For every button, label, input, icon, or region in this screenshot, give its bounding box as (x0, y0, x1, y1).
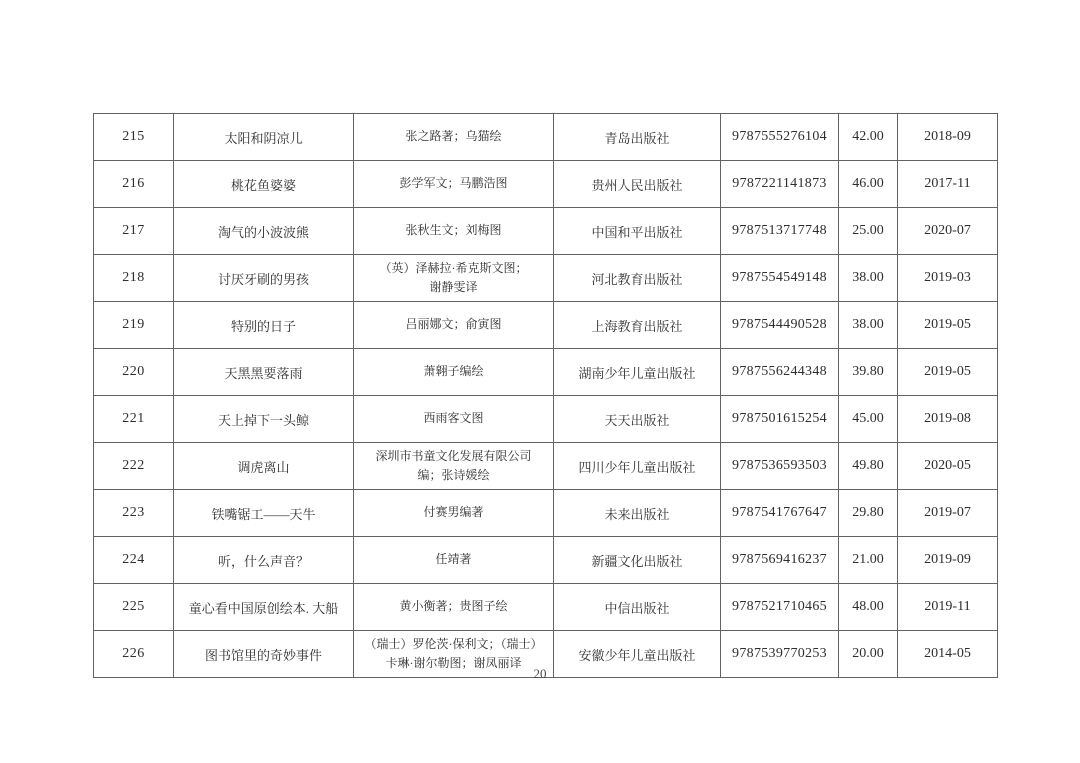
author-cell: 付赛男编著 (354, 490, 554, 537)
document-page: 215 太阳和阴凉儿 张之路著；乌猫绘 青岛出版社 9787555276104 … (0, 0, 1080, 763)
publish-date-cell: 2020-07 (898, 208, 998, 255)
author-cell: 吕丽娜文；俞寅图 (354, 302, 554, 349)
author-cell: 任靖著 (354, 537, 554, 584)
publisher-cell: 上海教育出版社 (554, 302, 721, 349)
publish-date-cell: 2019-05 (898, 302, 998, 349)
table-row: 216 桃花鱼婆婆 彭学军文；马鹏浩图 贵州人民出版社 978722114187… (94, 161, 998, 208)
price-cell: 42.00 (839, 114, 898, 161)
isbn-cell: 9787556244348 (721, 349, 839, 396)
table-row: 224 听，什么声音？ 任靖著 新疆文化出版社 9787569416237 21… (94, 537, 998, 584)
table-row: 220 天黑黑要落雨 萧翱子编绘 湖南少年儿童出版社 9787556244348… (94, 349, 998, 396)
table-row: 225 童心看中国原创绘本. 大船 黄小衡著；贵图子绘 中信出版社 978752… (94, 584, 998, 631)
publish-date-cell: 2019-03 (898, 255, 998, 302)
publisher-cell: 湖南少年儿童出版社 (554, 349, 721, 396)
isbn-cell: 9787221141873 (721, 161, 839, 208)
row-number-cell: 216 (94, 161, 174, 208)
price-cell: 21.00 (839, 537, 898, 584)
table-row: 217 淘气的小波波熊 张秋生文；刘梅图 中国和平出版社 97875137177… (94, 208, 998, 255)
table-row: 222 调虎离山 深圳市书童文化发展有限公司 编；张诗媛绘 四川少年儿童出版社 … (94, 443, 998, 490)
publish-date-cell: 2019-09 (898, 537, 998, 584)
price-cell: 48.00 (839, 584, 898, 631)
book-title-cell: 桃花鱼婆婆 (174, 161, 354, 208)
isbn-cell: 9787513717748 (721, 208, 839, 255)
isbn-cell: 9787501615254 (721, 396, 839, 443)
publish-date-cell: 2018-09 (898, 114, 998, 161)
price-cell: 46.00 (839, 161, 898, 208)
author-cell: 张之路著；乌猫绘 (354, 114, 554, 161)
isbn-cell: 9787569416237 (721, 537, 839, 584)
author-cell: 张秋生文；刘梅图 (354, 208, 554, 255)
isbn-cell: 9787544490528 (721, 302, 839, 349)
publisher-cell: 中信出版社 (554, 584, 721, 631)
book-title-cell: 听，什么声音？ (174, 537, 354, 584)
book-title-cell: 天上掉下一头鲸 (174, 396, 354, 443)
row-number-cell: 221 (94, 396, 174, 443)
price-cell: 39.80 (839, 349, 898, 396)
author-cell: 西雨客文图 (354, 396, 554, 443)
table-row: 221 天上掉下一头鲸 西雨客文图 天天出版社 9787501615254 45… (94, 396, 998, 443)
table-row: 219 特别的日子 吕丽娜文；俞寅图 上海教育出版社 9787544490528… (94, 302, 998, 349)
publish-date-cell: 2019-07 (898, 490, 998, 537)
isbn-cell: 9787555276104 (721, 114, 839, 161)
row-number-cell: 222 (94, 443, 174, 490)
publisher-cell: 天天出版社 (554, 396, 721, 443)
row-number-cell: 224 (94, 537, 174, 584)
book-title-cell: 讨厌牙刷的男孩 (174, 255, 354, 302)
publish-date-cell: 2020-05 (898, 443, 998, 490)
table-row: 215 太阳和阴凉儿 张之路著；乌猫绘 青岛出版社 9787555276104 … (94, 114, 998, 161)
publisher-cell: 四川少年儿童出版社 (554, 443, 721, 490)
publisher-cell: 青岛出版社 (554, 114, 721, 161)
book-title-cell: 调虎离山 (174, 443, 354, 490)
isbn-cell: 9787554549148 (721, 255, 839, 302)
price-cell: 38.00 (839, 255, 898, 302)
price-cell: 38.00 (839, 302, 898, 349)
publish-date-cell: 2019-11 (898, 584, 998, 631)
row-number-cell: 218 (94, 255, 174, 302)
author-cell: 彭学军文；马鹏浩图 (354, 161, 554, 208)
book-title-cell: 童心看中国原创绘本. 大船 (174, 584, 354, 631)
book-title-cell: 特别的日子 (174, 302, 354, 349)
row-number-cell: 219 (94, 302, 174, 349)
book-title-cell: 太阳和阴凉儿 (174, 114, 354, 161)
author-cell: （英）泽赫拉·希克斯文图； 谢静雯译 (354, 255, 554, 302)
price-cell: 45.00 (839, 396, 898, 443)
price-cell: 29.80 (839, 490, 898, 537)
publisher-cell: 贵州人民出版社 (554, 161, 721, 208)
publish-date-cell: 2017-11 (898, 161, 998, 208)
price-cell: 25.00 (839, 208, 898, 255)
row-number-cell: 220 (94, 349, 174, 396)
publisher-cell: 河北教育出版社 (554, 255, 721, 302)
isbn-cell: 9787536593503 (721, 443, 839, 490)
publish-date-cell: 2019-08 (898, 396, 998, 443)
author-cell: 深圳市书童文化发展有限公司 编；张诗媛绘 (354, 443, 554, 490)
book-list-table: 215 太阳和阴凉儿 张之路著；乌猫绘 青岛出版社 9787555276104 … (93, 113, 998, 678)
table-row: 218 讨厌牙刷的男孩 （英）泽赫拉·希克斯文图； 谢静雯译 河北教育出版社 9… (94, 255, 998, 302)
price-cell: 49.80 (839, 443, 898, 490)
page-number: 20 (0, 666, 1080, 682)
book-title-cell: 铁嘴锯工——天牛 (174, 490, 354, 537)
author-cell: 萧翱子编绘 (354, 349, 554, 396)
row-number-cell: 217 (94, 208, 174, 255)
isbn-cell: 9787541767647 (721, 490, 839, 537)
publisher-cell: 中国和平出版社 (554, 208, 721, 255)
publisher-cell: 新疆文化出版社 (554, 537, 721, 584)
row-number-cell: 215 (94, 114, 174, 161)
author-cell: 黄小衡著；贵图子绘 (354, 584, 554, 631)
isbn-cell: 9787521710465 (721, 584, 839, 631)
book-title-cell: 淘气的小波波熊 (174, 208, 354, 255)
row-number-cell: 223 (94, 490, 174, 537)
row-number-cell: 225 (94, 584, 174, 631)
publisher-cell: 未来出版社 (554, 490, 721, 537)
book-title-cell: 天黑黑要落雨 (174, 349, 354, 396)
publish-date-cell: 2019-05 (898, 349, 998, 396)
table-row: 223 铁嘴锯工——天牛 付赛男编著 未来出版社 9787541767647 2… (94, 490, 998, 537)
